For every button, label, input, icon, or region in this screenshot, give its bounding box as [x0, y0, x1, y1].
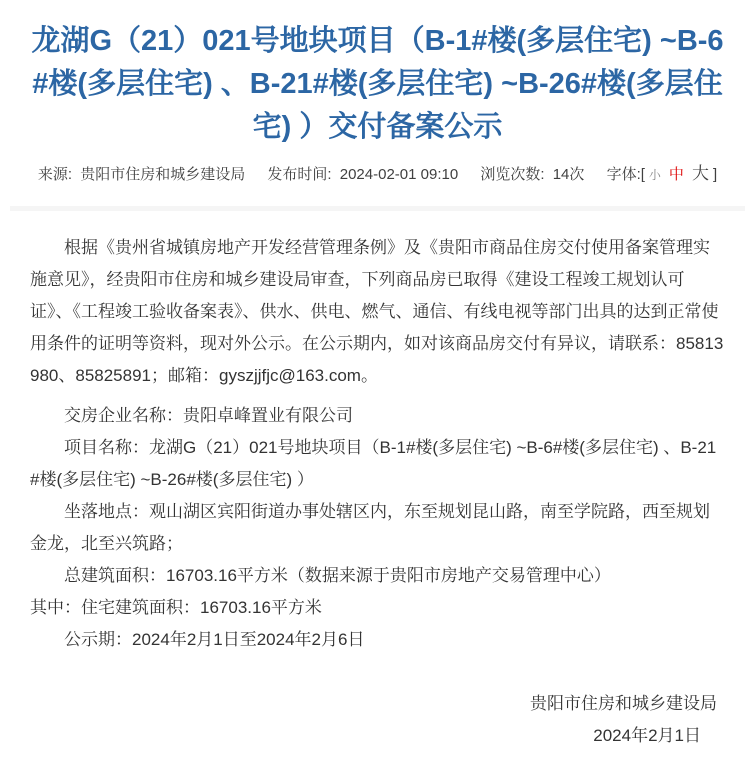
font-size-large-button[interactable]: 大	[692, 164, 709, 183]
meta-view-count-label: 浏览次数:	[480, 166, 544, 183]
paragraph-location: 坐落地点：观山湖区宾阳街道办事处辖区内，东至规划昆山路，南至学院路，西至规划金龙…	[30, 496, 725, 560]
font-size-medium-button[interactable]: 中	[669, 166, 684, 183]
paragraph-intro: 根据《贵州省城镇房地产开发经营管理条例》及《贵阳市商品住房交付使用备案管理实施意…	[30, 232, 725, 392]
signature-date: 2024年2月1日	[30, 720, 717, 752]
meta-publish-time-value: 2024-02-01 09:10	[340, 166, 458, 183]
meta-publish-time: 发布时间: 2024-02-01 09:10	[267, 166, 462, 183]
font-size-small-button[interactable]: 小	[649, 168, 661, 182]
font-size-switcher-bracket-close: ]	[713, 166, 717, 183]
meta-publish-time-label: 发布时间:	[267, 166, 331, 183]
meta-view-count: 浏览次数: 14次	[480, 166, 588, 183]
paragraph-company-name: 交房企业名称：贵阳卓峰置业有限公司	[30, 400, 725, 432]
paragraph-total-building-area: 总建筑面积：16703.16平方米（数据来源于贵阳市房地产交易管理中心）	[30, 560, 725, 592]
meta-source: 来源: 贵阳市住房和城乡建设局	[38, 166, 250, 183]
page-title: 龙湖G（21）021号地块项目（B-1#楼(多层住宅) ~B-6#楼(多层住宅)…	[28, 20, 728, 149]
paragraph-project-name: 项目名称：龙湖G（21）021号地块项目（B-1#楼(多层住宅) ~B-6#楼(…	[30, 432, 725, 496]
meta-view-count-value: 14次	[553, 166, 585, 183]
signature-agency: 贵阳市住房和城乡建设局	[30, 688, 717, 720]
meta-source-label: 来源:	[38, 166, 72, 183]
article-body: 根据《贵州省城镇房地产开发经营管理条例》及《贵阳市商品住房交付使用备案管理实施意…	[0, 211, 755, 752]
announcement-page: 龙湖G（21）021号地块项目（B-1#楼(多层住宅) ~B-6#楼(多层住宅)…	[0, 0, 755, 766]
paragraph-residential-area: 其中：住宅建筑面积：16703.16平方米	[30, 592, 725, 624]
font-size-switcher: 字体:[小中大]	[607, 166, 718, 183]
meta-source-value: 贵阳市住房和城乡建设局	[80, 166, 245, 183]
paragraph-publicity-period: 公示期：2024年2月1日至2024年2月6日	[30, 624, 725, 656]
signature-block: 贵阳市住房和城乡建设局 2024年2月1日	[30, 688, 725, 752]
article-meta: 来源: 贵阳市住房和城乡建设局 发布时间: 2024-02-01 09:10 浏…	[0, 164, 755, 185]
font-size-switcher-label: 字体:[	[607, 166, 645, 183]
